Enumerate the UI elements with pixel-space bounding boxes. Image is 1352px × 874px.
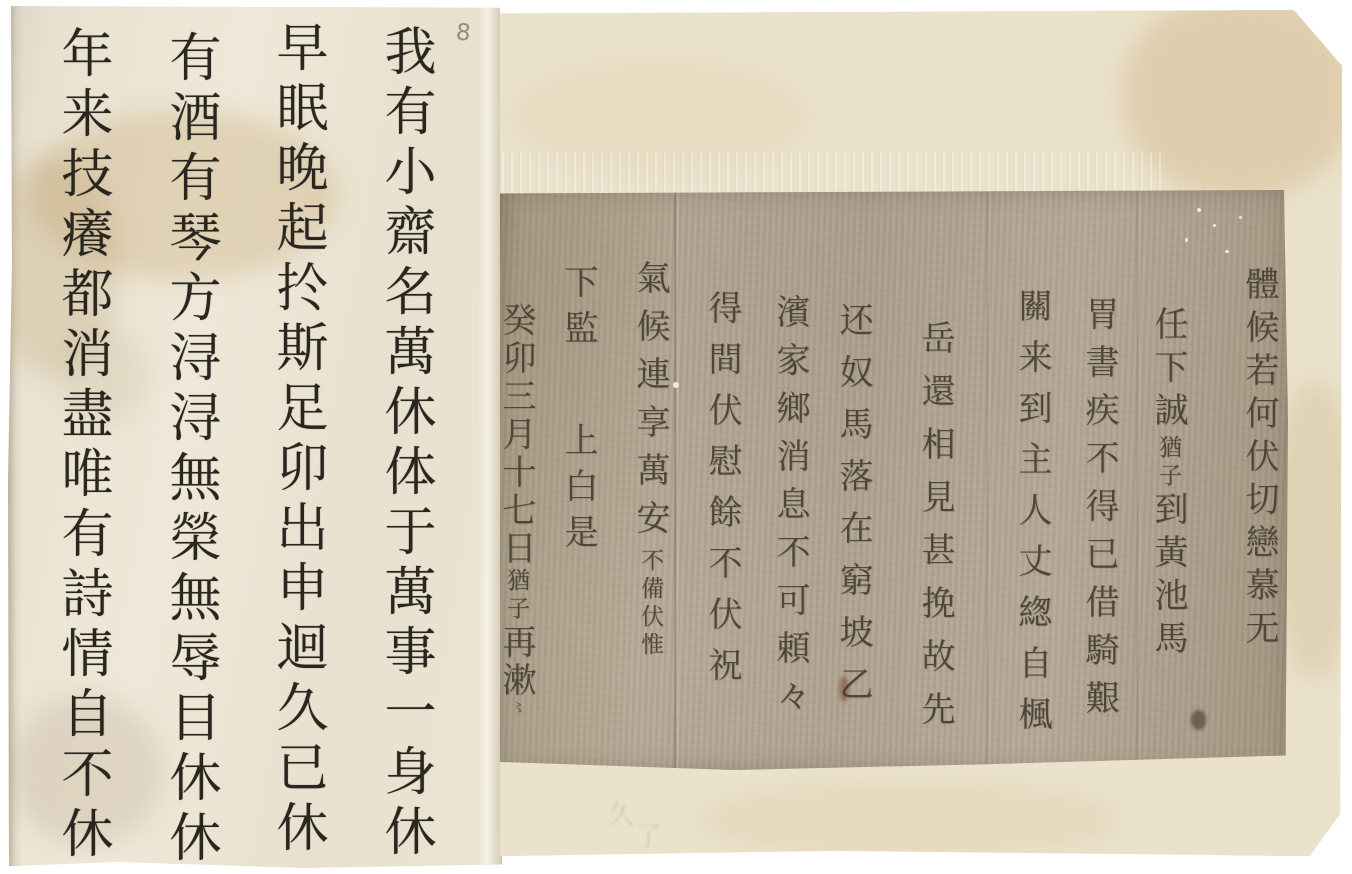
paper-stain — [700, 785, 1120, 855]
paper-fleck — [1213, 224, 1216, 227]
text-segment: 不備伏惟 — [637, 548, 663, 660]
text-segment: 濱家鄉消息不可頼々 — [770, 294, 810, 726]
text-segment: 我有小齋名萬休体于萬事一身休 — [375, 24, 435, 864]
poem-column: 有酒有琴方浔浔無榮無辱目休休 — [153, 30, 228, 870]
text-segment: 體候若何伏切戀慕无 — [1239, 266, 1279, 653]
text-segment: 下監 — [558, 264, 598, 356]
ink-blot — [1191, 710, 1206, 730]
poem-page: 我有小齋名萬休体于萬事一身休早眠晚起扵斯足卯出申迴久已休有酒有琴方浔浔無榮無辱目… — [8, 6, 502, 868]
paper-fleck — [1225, 250, 1229, 253]
text-segment: 氣候連享萬安 — [630, 260, 670, 548]
text-segment: 到黃池馬 — [1148, 491, 1188, 663]
letter-column: 濱家鄉消息不可頼々 — [766, 294, 815, 726]
letter-column: 關来到主人丈緫自楓 — [1008, 288, 1057, 747]
poem-column: 早眠晚起扵斯足卯出申迴久已休 — [260, 20, 335, 860]
fold-crease — [985, 190, 991, 770]
ink-bleedthrough-mark: 了 — [628, 822, 665, 848]
fold-crease — [1135, 190, 1141, 770]
text-segment: 得間伏慰餘不伏祝 — [702, 290, 742, 698]
paper-fleck — [1185, 238, 1188, 242]
text-segment: 年来技癢都消盡唯有詩情自不休 — [52, 26, 112, 866]
letter-backing-page: 7 ✓ 體候若何伏切戀慕无任下誠猶子到黃池馬胃書疾不得已借騎艱關来到主人丈緫自楓… — [500, 10, 1342, 856]
letter-column: 胃書疾不得已借騎艱 — [1075, 296, 1124, 728]
text-segment: 上白是 — [558, 422, 598, 560]
text-segment: 關来到主人丈緫自楓 — [1012, 288, 1052, 747]
text-segment: 早眠晚起扵斯足卯出申迴久已休 — [267, 20, 327, 860]
text-segment: 癸卯三月十七日 — [496, 302, 536, 568]
letter-column: 氣候連享萬安不備伏惟 — [626, 260, 675, 660]
text-segment: 猶子 — [1155, 435, 1181, 491]
poem-column: 我有小齋名萬休体于萬事一身休 — [368, 24, 443, 864]
letter-column: 岳還相見甚挽故先 — [911, 320, 960, 744]
text-segment: 任下誠 — [1148, 306, 1188, 435]
manuscript-photo: 我有小齋名萬休体于萬事一身休早眠晚起扵斯足卯出申迴久已休有酒有琴方浔浔無榮無辱目… — [0, 0, 1352, 874]
paper-fleck — [1239, 216, 1242, 219]
letter-column: 任下誠猶子到黃池馬 — [1144, 306, 1193, 663]
text-segment: 再漱 — [496, 624, 536, 700]
text-segment: 〻 — [509, 700, 524, 716]
letter-column: 體候若何伏切戀慕无 — [1235, 266, 1284, 653]
text-segment: 猶子 — [503, 568, 529, 624]
text-segment: 岳還相見甚挽故先 — [915, 320, 955, 744]
pencil-number-mark: 8 — [455, 19, 472, 46]
text-segment: 有酒有琴方浔浔無榮無辱目休休 — [160, 30, 220, 870]
letter-sheet: 體候若何伏切戀慕无任下誠猶子到黃池馬胃書疾不得已借騎艱關来到主人丈緫自楓岳還相見… — [497, 190, 1288, 770]
letter-column: 还奴馬落在窮坡乙 — [829, 302, 878, 718]
paper-fleck — [1197, 208, 1201, 212]
text-segment: 还奴馬落在窮坡乙 — [833, 302, 873, 718]
letter-column: 得間伏慰餘不伏祝 — [698, 290, 747, 698]
poem-column: 年来技癢都消盡唯有詩情自不休 — [45, 26, 120, 866]
text-segment: 胃書疾不得已借騎艱 — [1079, 296, 1119, 728]
letter-column: 下監上白是 — [554, 264, 603, 560]
column-gap — [577, 356, 579, 422]
